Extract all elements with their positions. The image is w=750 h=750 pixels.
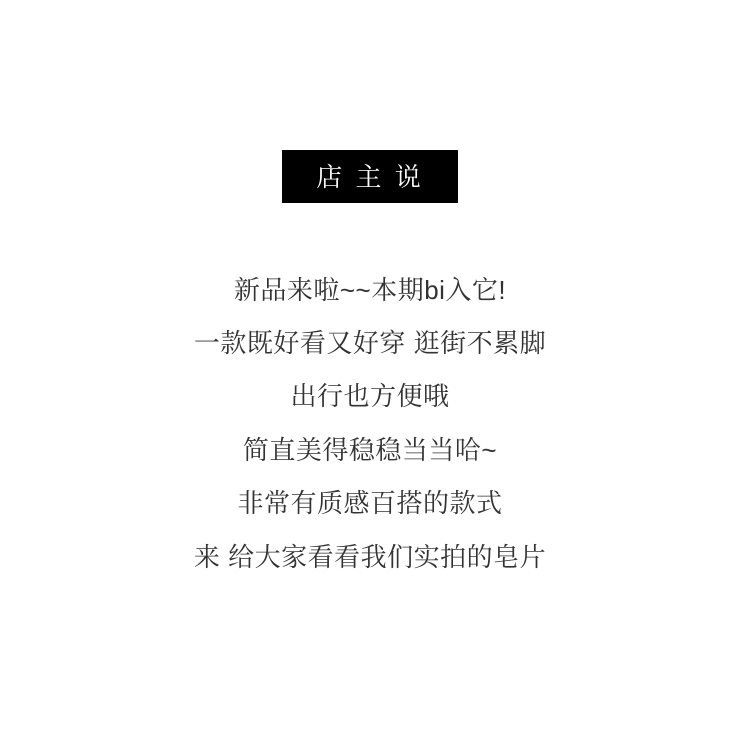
product-description-section: 店 主 说 新品来啦~~本期bi入它! 一款既好看又好穿 逛街不累脚 出行也方便… — [0, 0, 750, 750]
description-line: 出行也方便哦 — [0, 370, 740, 423]
description-text-block: 新品来啦~~本期bi入它! 一款既好看又好穿 逛街不累脚 出行也方便哦 简直美得… — [0, 263, 740, 583]
description-line: 简直美得稳稳当当哈~ — [0, 423, 740, 476]
description-line: 非常有质感百搭的款式 — [0, 477, 740, 530]
description-line: 新品来啦~~本期bi入它! — [0, 263, 740, 316]
description-line: 一款既好看又好穿 逛街不累脚 — [0, 316, 740, 369]
badge-label: 店 主 说 — [316, 164, 423, 190]
description-line: 来 给大家看看我们实拍的皂片 — [0, 530, 740, 583]
shop-owner-says-badge: 店 主 说 — [282, 150, 458, 203]
